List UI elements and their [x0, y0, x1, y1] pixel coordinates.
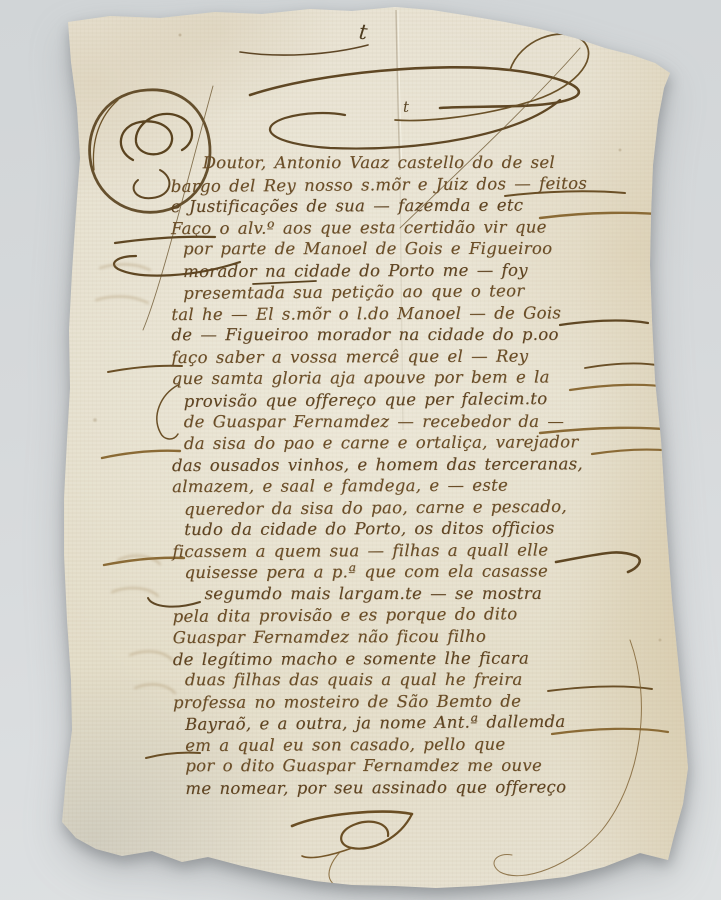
manuscript-line: Faço o alv.º aos que esta certidão vir q… [169, 217, 669, 241]
manuscript-line: provisão que offereço que per falecim.to [170, 388, 670, 413]
manuscript-line: de — Figueiroo morador na cidade do p.oo [169, 325, 669, 347]
rubric-descender-loop [329, 852, 348, 887]
verso-ghost-marks [96, 264, 175, 693]
manuscript-paper: t t [0, 0, 721, 900]
manuscript-line: queredor da sisa do pao, carne e pescado… [170, 496, 670, 521]
paper-shadow: t t [0, 0, 721, 900]
manuscript-line: das ousados vinhos, e homem das terceran… [170, 454, 670, 478]
manuscript-line: bargo del Rey nosso s.mõr e Juiz dos — f… [169, 173, 669, 198]
ghost-stroke [130, 651, 172, 660]
ghost-stroke [100, 264, 150, 270]
manuscript-line: de Guaspar Fernamdez — recebedor da — [170, 411, 670, 433]
top-cross-mark: t [358, 20, 369, 45]
paraph-inner-arc [93, 100, 118, 170]
ghost-stroke [96, 296, 148, 303]
rubric-top-sweep [292, 812, 412, 826]
rubric-tail [302, 848, 352, 858]
manuscript-line: em a qual eu son casado, pello que [171, 734, 671, 758]
manuscript-line: almazem, e saal e famdega, e — este [170, 475, 670, 499]
ghost-stroke [118, 556, 160, 564]
crease-line [396, 10, 400, 170]
manuscript-line: por parte de Manoel de Gois e Figueiroo [169, 239, 669, 261]
manuscript-line: de legítimo macho e somente lhe ficara [171, 647, 671, 671]
rubric-knot [341, 814, 412, 849]
swash-main-stroke [250, 67, 579, 108]
manuscript-line: me nomear, por seu assinado que offereço [171, 777, 671, 801]
manuscript-line: presemtada sua petição ao que o teor [169, 280, 669, 305]
manuscript-line: duas filhas das quais a qual he freira [171, 670, 671, 692]
manuscript-line: pela dita provisão e es porque do dito [171, 604, 671, 629]
manuscript-line: por o dito Guaspar Fernamdez me ouve [171, 756, 671, 778]
manuscript-line: da sisa do pao e carne e ortaliça, varej… [170, 432, 670, 456]
manuscript-line: segumdo mais largam.te — se mostra [171, 584, 671, 606]
manuscript-line: e Justificações de sua — fazemda e etc [169, 195, 669, 219]
line14-lead-dash [102, 451, 180, 458]
ghost-stroke [135, 684, 175, 693]
manuscript-text: Doutor, Antonio Vaaz castello do de sel … [169, 152, 672, 801]
manuscript-line: Guaspar Fernamdez não ficou filho [171, 626, 671, 650]
paraph-tail-loop [134, 170, 170, 198]
swash-loop-stroke [395, 34, 589, 120]
manuscript-line: Bayraõ, e a outra, ja nome Ant.ª dallemd… [171, 711, 671, 736]
swash-return-stroke [270, 100, 560, 149]
manuscript-line: ficassem a quem sua — filhas a quall ell… [170, 540, 670, 564]
photo-background: t t [0, 0, 721, 900]
ghost-stroke [112, 588, 158, 596]
crease-highlight [398, 10, 402, 170]
manuscript-line: que samta gloria aja apouve por bem e la [170, 367, 670, 391]
inner-cross-mark: t [403, 98, 409, 116]
manuscript-line: tal he — El s.mõr o l.do Manoel — de Goi… [169, 303, 669, 327]
manuscript-line: tudo da cidade do Porto, os ditos offici… [170, 518, 670, 542]
manuscript-line: faço saber a vossa mercê que el — Rey [169, 346, 669, 370]
cross-underline-swash [240, 45, 368, 55]
manuscript-line: quisesse pera a p.ª que com ela casasse [170, 561, 670, 585]
manuscript-line: Doutor, Antonio Vaaz castello do de sel [169, 153, 669, 175]
